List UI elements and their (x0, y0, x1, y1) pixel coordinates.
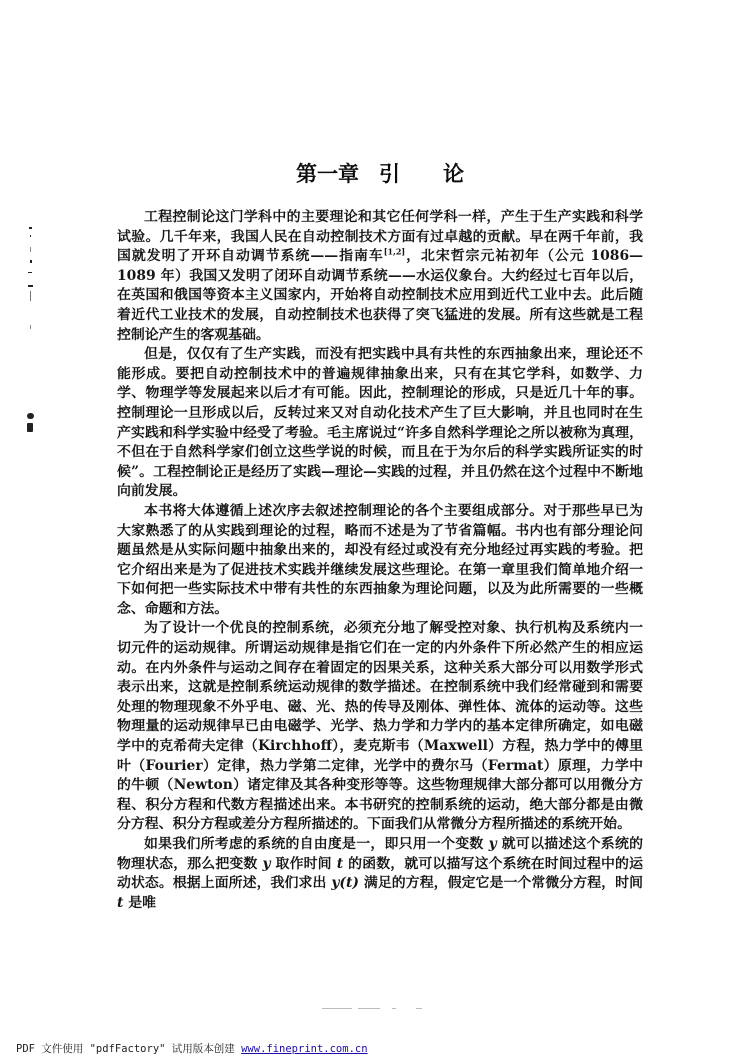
footer-link[interactable]: www.fineprint.com.cn (241, 1043, 367, 1055)
scan-margin-marks (20, 225, 40, 445)
paragraph-5-text-a: 如果我们所考虑的系统的自由度是一，即只用一个变数 (144, 836, 489, 852)
paragraph-5-text-f: 是唯 (123, 895, 156, 911)
scan-footer-smudge (322, 1008, 432, 1010)
pdf-watermark-footer: PDF 文件使用 "pdfFactory" 试用版本创建 www.finepri… (16, 1041, 368, 1056)
paragraph-5-text-c: 取作时间 (271, 856, 337, 872)
variable-y: y (489, 836, 497, 852)
paragraph-3: 本书将大体遵循上述次序去叙述控制理论的各个主要组成部分。对于那些早已为大家熟悉了… (117, 502, 643, 620)
chapter-title-char-1: 引 (379, 158, 400, 188)
body-text: 工程控制论这门学科中的主要理论和其它任何学科一样，产生于生产实践和科学试验。几千… (117, 208, 643, 913)
document-page: 第一章 引 论 工程控制论这门学科中的主要理论和其它任何学科一样，产生于生产实践… (0, 0, 750, 1061)
chapter-title-char-2: 论 (443, 158, 464, 188)
paragraph-2: 但是，仅仅有了生产实践，而没有把实践中具有共性的东西抽象出来，理论还不能形成。要… (117, 345, 643, 502)
variable-y: y (262, 856, 270, 872)
paragraph-5-text-e: 满足的方程，假定它是一个常微分方程，时间 (359, 875, 643, 891)
chapter-title: 第一章 引 论 (0, 158, 750, 186)
chapter-number: 第一章 (296, 158, 359, 188)
paragraph-5: 如果我们所考虑的系统的自由度是一，即只用一个变数 y 就可以描述这个系统的物理状… (117, 835, 643, 913)
citation-reference: [1,2] (384, 247, 406, 257)
paragraph-1: 工程控制论这门学科中的主要理论和其它任何学科一样，产生于生产实践和科学试验。几千… (117, 208, 643, 345)
function-y-of-t: y(t) (331, 875, 359, 891)
paragraph-4: 为了设计一个优良的控制系统，必须充分地了解受控对象、执行机构及系统内一切元件的运… (117, 619, 643, 835)
footer-prefix-text: PDF 文件使用 "pdfFactory" 试用版本创建 (16, 1043, 241, 1055)
